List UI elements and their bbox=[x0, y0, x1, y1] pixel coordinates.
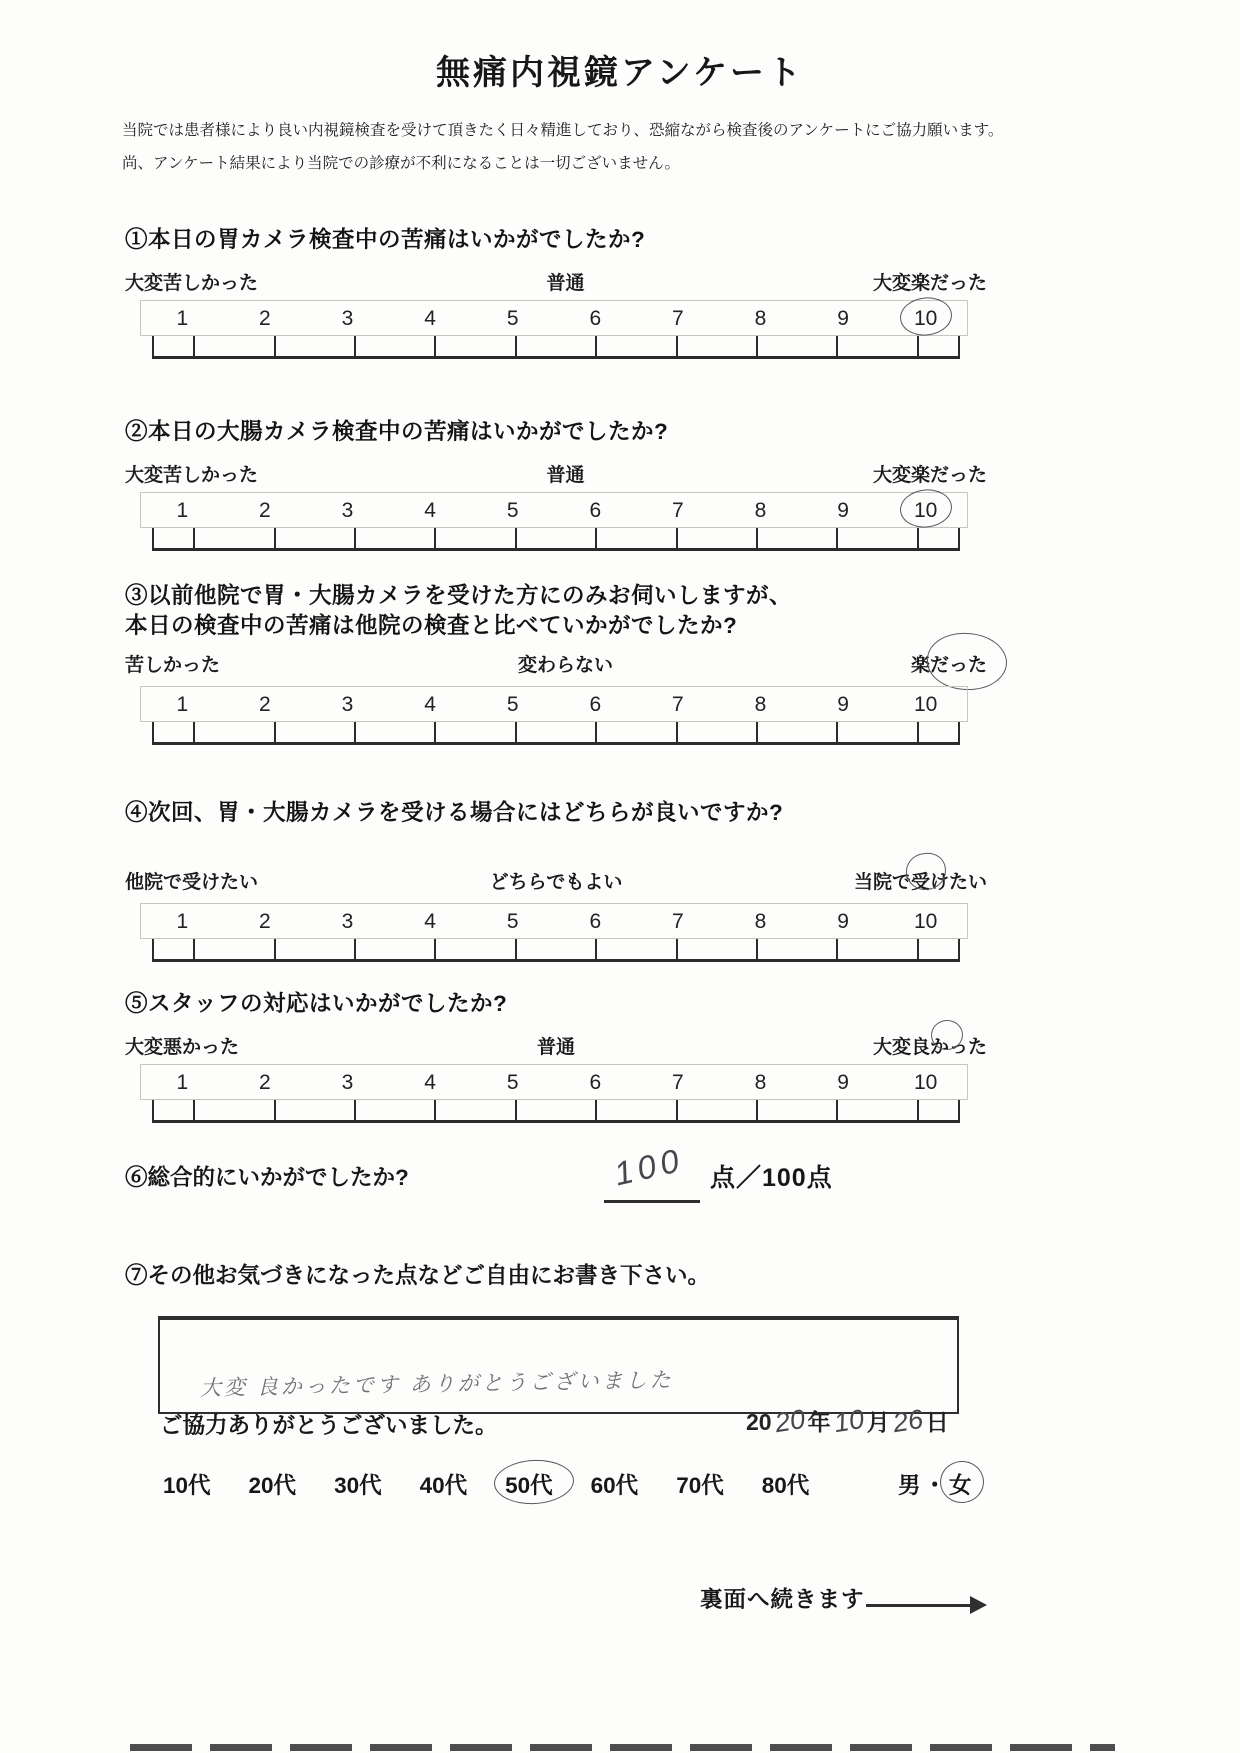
question-4-scale-labels: 他院で受けたい どちらでもよい 当院で受けたい bbox=[125, 867, 987, 894]
ruler-tick bbox=[676, 939, 678, 959]
score-denominator: 点／100点 bbox=[710, 1158, 833, 1194]
ruler-tick bbox=[274, 336, 276, 356]
ruler-tick bbox=[595, 336, 597, 356]
ruler-tick bbox=[756, 939, 758, 959]
ruler-tick bbox=[354, 528, 356, 548]
scale-number-6: 6 bbox=[589, 308, 601, 329]
ruler-tick bbox=[595, 722, 597, 742]
ruler-tick bbox=[595, 528, 597, 548]
scale-label-center: 普通 bbox=[537, 1032, 575, 1059]
scale-number-8: 8 bbox=[755, 911, 767, 932]
question-3-ruler bbox=[152, 722, 960, 745]
scale-number-6: 6 bbox=[589, 1072, 601, 1093]
date-century-printed: 20 bbox=[746, 1409, 772, 1436]
scale-label-center: 普通 bbox=[546, 460, 584, 487]
age-option-30s: 30代 bbox=[334, 1468, 382, 1500]
scale-number-5: 5 bbox=[507, 500, 519, 521]
age-option-80s: 80代 bbox=[762, 1468, 810, 1500]
scale-number-10: 10 bbox=[914, 911, 937, 932]
question-1-scale-numbers: 12345678910 bbox=[140, 300, 968, 336]
scale-label-right: 楽だった bbox=[911, 650, 987, 677]
ruler-tick bbox=[917, 722, 919, 742]
age-option-40s: 40代 bbox=[420, 1468, 468, 1500]
question-4-ruler bbox=[152, 939, 960, 962]
age-option-20s: 20代 bbox=[249, 1468, 297, 1500]
scale-number-7: 7 bbox=[672, 1072, 684, 1093]
ruler-tick bbox=[676, 722, 678, 742]
ruler-tick bbox=[676, 528, 678, 548]
scale-number-10: 10 bbox=[914, 694, 937, 715]
scale-number-10: 10 bbox=[914, 308, 937, 329]
scale-number-3: 3 bbox=[342, 308, 354, 329]
question-2-scale-labels: 大変苦しかった 普通 大変楽だった bbox=[125, 460, 987, 487]
intro-text: 当院では患者様により良い内視鏡検査を受けて頂きたく日々精進しており、恐縮ながら検… bbox=[122, 114, 1122, 180]
scale-number-4: 4 bbox=[424, 500, 436, 521]
ruler-tick bbox=[515, 722, 517, 742]
ruler-tick bbox=[676, 1100, 678, 1120]
ruler-tick bbox=[274, 722, 276, 742]
scale-number-3: 3 bbox=[342, 500, 354, 521]
ruler-tick bbox=[515, 528, 517, 548]
scale-label-right: 大変楽だった bbox=[873, 460, 987, 487]
ruler-tick bbox=[917, 528, 919, 548]
question-5-heading: ⑤スタッフの対応はいかがでしたか? bbox=[125, 986, 507, 1018]
ruler-tick bbox=[756, 1100, 758, 1120]
ruler-tick bbox=[274, 528, 276, 548]
scale-number-7: 7 bbox=[672, 500, 684, 521]
question-2-scale-numbers: 12345678910 bbox=[140, 492, 968, 528]
ruler-tick bbox=[676, 336, 678, 356]
scale-number-9: 9 bbox=[837, 911, 849, 932]
scale-number-5: 5 bbox=[507, 1072, 519, 1093]
question-4-scale-numbers: 12345678910 bbox=[140, 903, 968, 939]
scale-number-1: 1 bbox=[176, 308, 188, 329]
ruler-tick bbox=[354, 1100, 356, 1120]
scale-number-1: 1 bbox=[176, 694, 188, 715]
age-option-70s: 70代 bbox=[676, 1468, 724, 1500]
score-underline bbox=[604, 1200, 700, 1203]
scale-number-2: 2 bbox=[259, 1072, 271, 1093]
ruler-tick bbox=[193, 939, 195, 959]
scale-label-center: どちらでもよい bbox=[490, 867, 623, 894]
question-7-heading: ⑦その他お気づきになった点などご自由にお書き下さい。 bbox=[125, 1258, 710, 1290]
scale-number-7: 7 bbox=[672, 911, 684, 932]
scale-number-6: 6 bbox=[589, 694, 601, 715]
scale-number-2: 2 bbox=[259, 694, 271, 715]
ruler-tick bbox=[917, 336, 919, 356]
ruler-tick bbox=[836, 336, 838, 356]
ruler-tick bbox=[756, 528, 758, 548]
question-3-heading-line2: 本日の検査中の苦痛は他院の検査と比べていかがでしたか? bbox=[125, 608, 737, 640]
question-2-heading: ②本日の大腸カメラ検査中の苦痛はいかがでしたか? bbox=[125, 414, 668, 446]
intro-line-2: 尚、アンケート結果により当院での診療が不利になることは一切ございません。 bbox=[122, 147, 1122, 180]
question-5-scale-numbers: 12345678910 bbox=[140, 1064, 968, 1100]
gender-male: 男 bbox=[898, 1468, 921, 1500]
scale-number-4: 4 bbox=[424, 694, 436, 715]
ruler-tick bbox=[595, 939, 597, 959]
ruler-tick bbox=[434, 336, 436, 356]
scale-number-8: 8 bbox=[755, 1072, 767, 1093]
scale-number-5: 5 bbox=[507, 308, 519, 329]
question-3-heading-line1: ③以前他院で胃・大腸カメラを受けた方にのみお伺いしますが、 bbox=[125, 578, 792, 610]
question-4-heading: ④次回、胃・大腸カメラを受ける場合にはどちらが良いですか? bbox=[125, 795, 783, 827]
scale-label-right: 当院で受けたい bbox=[854, 867, 987, 894]
ruler-tick bbox=[274, 939, 276, 959]
intro-line-1: 当院では患者様により良い内視鏡検査を受けて頂きたく日々精進しており、恐縮ながら検… bbox=[122, 114, 1122, 147]
scale-number-1: 1 bbox=[176, 500, 188, 521]
scale-label-center: 変わらない bbox=[518, 650, 613, 677]
scale-number-5: 5 bbox=[507, 694, 519, 715]
gender-female: 女 bbox=[949, 1468, 972, 1500]
question-4-block: ④次回、胃・大腸カメラを受ける場合にはどちらが良いですか? 他院で受けたい どち… bbox=[0, 795, 1240, 965]
scale-number-9: 9 bbox=[837, 1072, 849, 1093]
ruler-tick bbox=[917, 1100, 919, 1120]
question-1-heading: ①本日の胃カメラ検査中の苦痛はいかがでしたか? bbox=[125, 222, 645, 254]
scale-number-8: 8 bbox=[755, 694, 767, 715]
scale-label-left: 大変苦しかった bbox=[125, 268, 258, 295]
scale-label-left: 苦しかった bbox=[125, 650, 220, 677]
ruler-tick bbox=[193, 1100, 195, 1120]
scale-number-4: 4 bbox=[424, 911, 436, 932]
scale-number-9: 9 bbox=[837, 500, 849, 521]
scale-number-10: 10 bbox=[914, 500, 937, 521]
question-5-block: ⑤スタッフの対応はいかがでしたか? 大変悪かった 普通 大変良かった 12345… bbox=[0, 986, 1240, 1156]
closing-thanks: ご協力ありがとうございました。 bbox=[160, 1408, 498, 1440]
scale-number-2: 2 bbox=[259, 308, 271, 329]
scale-number-6: 6 bbox=[589, 500, 601, 521]
ruler-tick bbox=[193, 336, 195, 356]
arrow-line bbox=[866, 1604, 972, 1607]
date-month-handwritten: 10 bbox=[831, 1404, 866, 1439]
ruler-tick bbox=[434, 939, 436, 959]
free-comment-box: 大変 良かったです ありがとうございました bbox=[158, 1316, 959, 1414]
scale-number-7: 7 bbox=[672, 308, 684, 329]
scale-number-3: 3 bbox=[342, 1072, 354, 1093]
scale-number-9: 9 bbox=[837, 308, 849, 329]
ruler-tick bbox=[836, 722, 838, 742]
ruler-tick bbox=[595, 1100, 597, 1120]
question-6-heading: ⑥総合的にいかがでしたか? bbox=[125, 1160, 409, 1192]
scale-number-10: 10 bbox=[914, 1072, 937, 1093]
date-row: 20 20 年 10 月 26 日 bbox=[746, 1404, 949, 1437]
ruler-tick bbox=[274, 1100, 276, 1120]
arrow-right-icon bbox=[970, 1596, 987, 1614]
date-day-unit: 日 bbox=[926, 1404, 949, 1437]
question-1-ruler bbox=[152, 336, 960, 359]
ruler-tick bbox=[515, 1100, 517, 1120]
date-year-unit: 年 bbox=[808, 1404, 831, 1437]
ruler-tick bbox=[434, 528, 436, 548]
scale-number-7: 7 bbox=[672, 694, 684, 715]
ruler-tick bbox=[917, 939, 919, 959]
scan-edge-artifact bbox=[130, 1744, 1115, 1751]
ruler-tick bbox=[515, 939, 517, 959]
ruler-tick bbox=[515, 336, 517, 356]
handwritten-comment: 大変 良かったです ありがとうございました bbox=[200, 1364, 674, 1402]
scale-number-8: 8 bbox=[755, 500, 767, 521]
scale-number-4: 4 bbox=[424, 308, 436, 329]
scale-number-5: 5 bbox=[507, 911, 519, 932]
scale-label-right: 大変楽だった bbox=[873, 268, 987, 295]
date-month-unit: 月 bbox=[867, 1404, 890, 1437]
date-year-handwritten: 20 bbox=[772, 1404, 807, 1439]
ruler-tick bbox=[193, 528, 195, 548]
ruler-tick bbox=[354, 939, 356, 959]
question-1-scale-labels: 大変苦しかった 普通 大変楽だった bbox=[125, 268, 987, 295]
ruler-tick bbox=[836, 528, 838, 548]
age-option-60s: 60代 bbox=[591, 1468, 639, 1500]
question-3-scale-labels: 苦しかった 変わらない 楽だった bbox=[125, 650, 987, 677]
ruler-tick bbox=[354, 336, 356, 356]
form-title: 無痛内視鏡アンケート bbox=[0, 45, 1240, 94]
continue-on-back-note: 裏面へ続きます bbox=[700, 1582, 865, 1614]
scale-number-4: 4 bbox=[424, 1072, 436, 1093]
scale-number-1: 1 bbox=[176, 1072, 188, 1093]
date-day-handwritten: 26 bbox=[890, 1404, 925, 1439]
scale-label-left: 大変悪かった bbox=[125, 1032, 239, 1059]
ruler-tick bbox=[836, 939, 838, 959]
scale-number-9: 9 bbox=[837, 694, 849, 715]
question-2-ruler bbox=[152, 528, 960, 551]
scale-number-3: 3 bbox=[342, 911, 354, 932]
ruler-tick bbox=[836, 1100, 838, 1120]
scale-label-left: 他院で受けたい bbox=[125, 867, 258, 894]
question-5-ruler bbox=[152, 1100, 960, 1123]
question-2-block: ②本日の大腸カメラ検査中の苦痛はいかがでしたか? 大変苦しかった 普通 大変楽だ… bbox=[0, 414, 1240, 584]
gender-row: 男 ・ 女 bbox=[898, 1468, 972, 1500]
ruler-tick bbox=[354, 722, 356, 742]
scale-number-8: 8 bbox=[755, 308, 767, 329]
scale-number-6: 6 bbox=[589, 911, 601, 932]
scale-number-1: 1 bbox=[176, 911, 188, 932]
ruler-tick bbox=[756, 722, 758, 742]
question-5-scale-labels: 大変悪かった 普通 大変良かった bbox=[125, 1032, 987, 1059]
ruler-tick bbox=[434, 722, 436, 742]
question-1-block: ①本日の胃カメラ検査中の苦痛はいかがでしたか? 大変苦しかった 普通 大変楽だっ… bbox=[0, 222, 1240, 392]
scale-label-center: 普通 bbox=[546, 268, 584, 295]
scanned-survey-page: 無痛内視鏡アンケート 当院では患者様により良い内視鏡検査を受けて頂きたく日々精進… bbox=[0, 0, 1240, 1753]
ruler-tick bbox=[193, 722, 195, 742]
scale-number-2: 2 bbox=[259, 911, 271, 932]
age-options-row: 10代 20代 30代 40代 50代 60代 70代 80代 bbox=[163, 1468, 809, 1500]
ruler-tick bbox=[756, 336, 758, 356]
age-option-50s: 50代 bbox=[505, 1468, 553, 1500]
scale-label-right: 大変良かった bbox=[873, 1032, 987, 1059]
scale-label-left: 大変苦しかった bbox=[125, 460, 258, 487]
ruler-tick bbox=[434, 1100, 436, 1120]
age-option-10s: 10代 bbox=[163, 1468, 211, 1500]
question-3-block: ③以前他院で胃・大腸カメラを受けた方にのみお伺いしますが、 本日の検査中の苦痛は… bbox=[0, 578, 1240, 748]
scale-number-3: 3 bbox=[342, 694, 354, 715]
scale-number-2: 2 bbox=[259, 500, 271, 521]
question-3-scale-numbers: 12345678910 bbox=[140, 686, 968, 722]
